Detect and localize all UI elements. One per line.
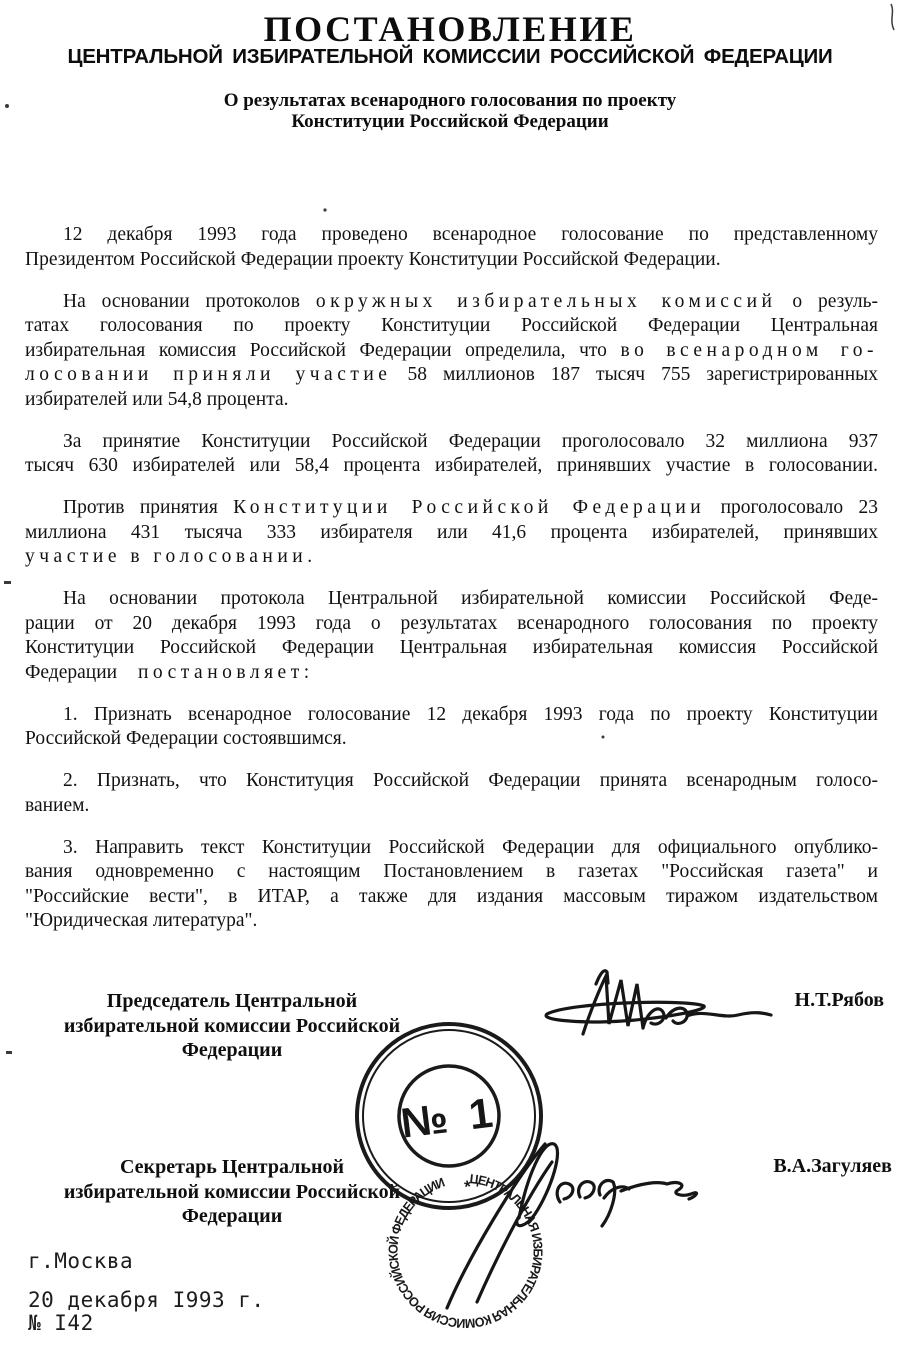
text-segment: Российской Федерации состоявшимся.: [25, 728, 347, 749]
doc-subject-line: Конституции Российской Федерации: [0, 111, 900, 132]
signature-block-secretary: Секретарь Центральной избирательной коми…: [22, 1155, 442, 1229]
doc-type-title: ПОСТАНОВЛЕНИЕ: [0, 8, 900, 50]
secretary-name: В.А.Загуляев: [773, 1155, 892, 1178]
spaced-emphasis-text: участие в голосовании.: [25, 546, 317, 567]
text-segment: миллиона 431 тысяча 333 избирателя или 4…: [25, 522, 878, 543]
text-line: татах голосования по проекту Конституции…: [25, 314, 878, 339]
text-line: Конституции Российской Федерации Централ…: [25, 636, 878, 661]
text-segment: 3. Направить текст Конституции Российско…: [63, 837, 878, 858]
resolution-body: 12 декабря 1993 года проведено всенародн…: [25, 223, 878, 934]
text-line: "Юридическая литература".: [25, 909, 878, 934]
signature-block-chairman: Председатель Центральной избирательной к…: [22, 989, 442, 1063]
chairman-name: Н.Т.Рябов: [795, 989, 884, 1012]
text-segment: рации от 20 декабря 1993 года о результа…: [25, 613, 878, 634]
text-segment: 58 миллионов 187 тысяч 755 зарегистриров…: [391, 364, 878, 385]
text-line: миллиона 431 тысяча 333 избирателя или 4…: [25, 521, 878, 546]
spaced-emphasis-text: окружных избирательных комиссий: [316, 291, 777, 312]
text-line: вания одновременно с настоящим Постановл…: [25, 860, 878, 885]
text-line: 3. Направить текст Конституции Российско…: [25, 836, 878, 861]
text-segment: 1. Признать всенародное голосование 12 д…: [63, 704, 878, 725]
doc-subject: О результатах всенародного голосования п…: [0, 90, 900, 132]
text-line: Против принятия Конституции Российской Ф…: [25, 496, 878, 521]
document-page: ПОСТАНОВЛЕНИЕ ЦЕНТРАЛЬНОЙ ИЗБИРАТЕЛЬНОЙ …: [0, 0, 900, 1347]
spaced-emphasis-text: Конституции Российской Федерации: [233, 497, 705, 518]
paragraph: На основании протоколов окружных избират…: [25, 290, 878, 413]
text-segment: избирательная комиссия Российской Федера…: [25, 340, 621, 361]
text-line: тысяч 630 избирателей или 58,4 процента …: [25, 454, 878, 479]
text-line: 12 декабря 1993 года проведено всенародн…: [25, 223, 878, 248]
text-line: На основании протоколов окружных избират…: [25, 290, 878, 315]
text-line: Российской Федерации состоявшимся.: [25, 727, 878, 752]
paragraph: На основании протокола Центральной избир…: [25, 587, 878, 685]
text-segment: проголосовало 23: [705, 497, 878, 518]
paragraph: 1. Признать всенародное голосование 12 д…: [25, 703, 878, 752]
text-line: избирательная комиссия Российской Федера…: [25, 339, 878, 364]
text-line: избирателей или 54,8 процента.: [25, 388, 878, 413]
text-segment: 2. Признать, что Конституция Российской …: [63, 770, 878, 791]
signatory-title-line: избирательной комиссии Российской: [22, 1014, 442, 1039]
text-segment: Президентом Российской Федерации проекту…: [25, 249, 721, 270]
signatory-title-line: Федерации: [22, 1204, 442, 1229]
spaced-emphasis-text: постановляет:: [138, 662, 314, 683]
scan-artifact-dot: [323, 208, 326, 211]
doc-subject-line: О результатах всенародного голосования п…: [0, 90, 900, 111]
text-line: ванием.: [25, 794, 878, 819]
scan-artifact-dash: [4, 581, 11, 584]
paragraph: Против принятия Конституции Российской Ф…: [25, 496, 878, 570]
signatory-title-line: Председатель Центральной: [22, 989, 442, 1014]
text-segment: На основании протоколов: [63, 291, 316, 312]
text-line: "Российские вести", в ИТАР, а также для …: [25, 885, 878, 910]
text-segment: тысяч 630 избирателей или 58,4 процента …: [25, 455, 878, 476]
text-segment: За принятие Конституции Российской Федер…: [63, 431, 878, 452]
chairman-signature: [546, 971, 771, 1034]
text-segment: избирателей или 54,8 процента.: [25, 389, 289, 410]
footer-date: 20 декабря I993 г.: [28, 1288, 265, 1312]
text-segment: Против принятия: [63, 497, 233, 518]
secretary-signature: [447, 1144, 697, 1308]
seal-star: *: [463, 1177, 472, 1197]
text-line: рации от 20 декабря 1993 года о результа…: [25, 612, 878, 637]
text-segment: "Российские вести", в ИТАР, а также для …: [25, 886, 878, 907]
text-segment: "Юридическая литература".: [25, 910, 257, 931]
text-line: 1. Признать всенародное голосование 12 д…: [25, 703, 878, 728]
text-segment: Конституции Российской Федерации Централ…: [25, 637, 878, 658]
issuing-authority: ЦЕНТРАЛЬНОЙ ИЗБИРАТЕЛЬНОЙ КОМИССИИ РОССИ…: [0, 45, 900, 69]
footer-city: г.Москва: [28, 1249, 133, 1273]
footer-doc-number: № I42: [28, 1311, 94, 1335]
text-line: Президентом Российской Федерации проекту…: [25, 248, 878, 273]
text-segment: татах голосования по проекту Конституции…: [25, 315, 878, 336]
text-segment: о резуль-: [776, 291, 878, 312]
text-line: За принятие Конституции Российской Федер…: [25, 430, 878, 455]
text-segment: вания одновременно с настоящим Постановл…: [25, 861, 878, 882]
text-segment: 12 декабря 1993 года проведено всенародн…: [63, 224, 878, 245]
paragraph: 2. Признать, что Конституция Российской …: [25, 769, 878, 818]
text-segment: Федерации: [25, 662, 122, 683]
paragraph: 3. Направить текст Конституции Российско…: [25, 836, 878, 934]
text-segment: ванием.: [25, 795, 89, 816]
seal-number: № 1: [398, 1088, 500, 1146]
signatory-title-line: Секретарь Центральной: [22, 1155, 442, 1180]
signatory-title-line: избирательной комиссии Российской: [22, 1180, 442, 1205]
paragraph: За принятие Конституции Российской Федер…: [25, 430, 878, 479]
text-line: участие в голосовании.: [25, 545, 878, 570]
signatory-title-line: Федерации: [22, 1038, 442, 1063]
spaced-emphasis-text: лосовании приняли участие: [25, 364, 391, 385]
text-line: лосовании приняли участие 58 миллионов 1…: [25, 363, 878, 388]
text-line: 2. Признать, что Конституция Российской …: [25, 769, 878, 794]
text-segment: На основании протокола Центральной избир…: [63, 588, 878, 609]
text-line: Федерации постановляет:: [25, 661, 878, 686]
paragraph: 12 декабря 1993 года проведено всенародн…: [25, 223, 878, 272]
text-line: На основании протокола Центральной избир…: [25, 587, 878, 612]
scan-artifact-dash: [6, 1051, 12, 1054]
spaced-emphasis-text: во всенародном го-: [621, 340, 879, 361]
